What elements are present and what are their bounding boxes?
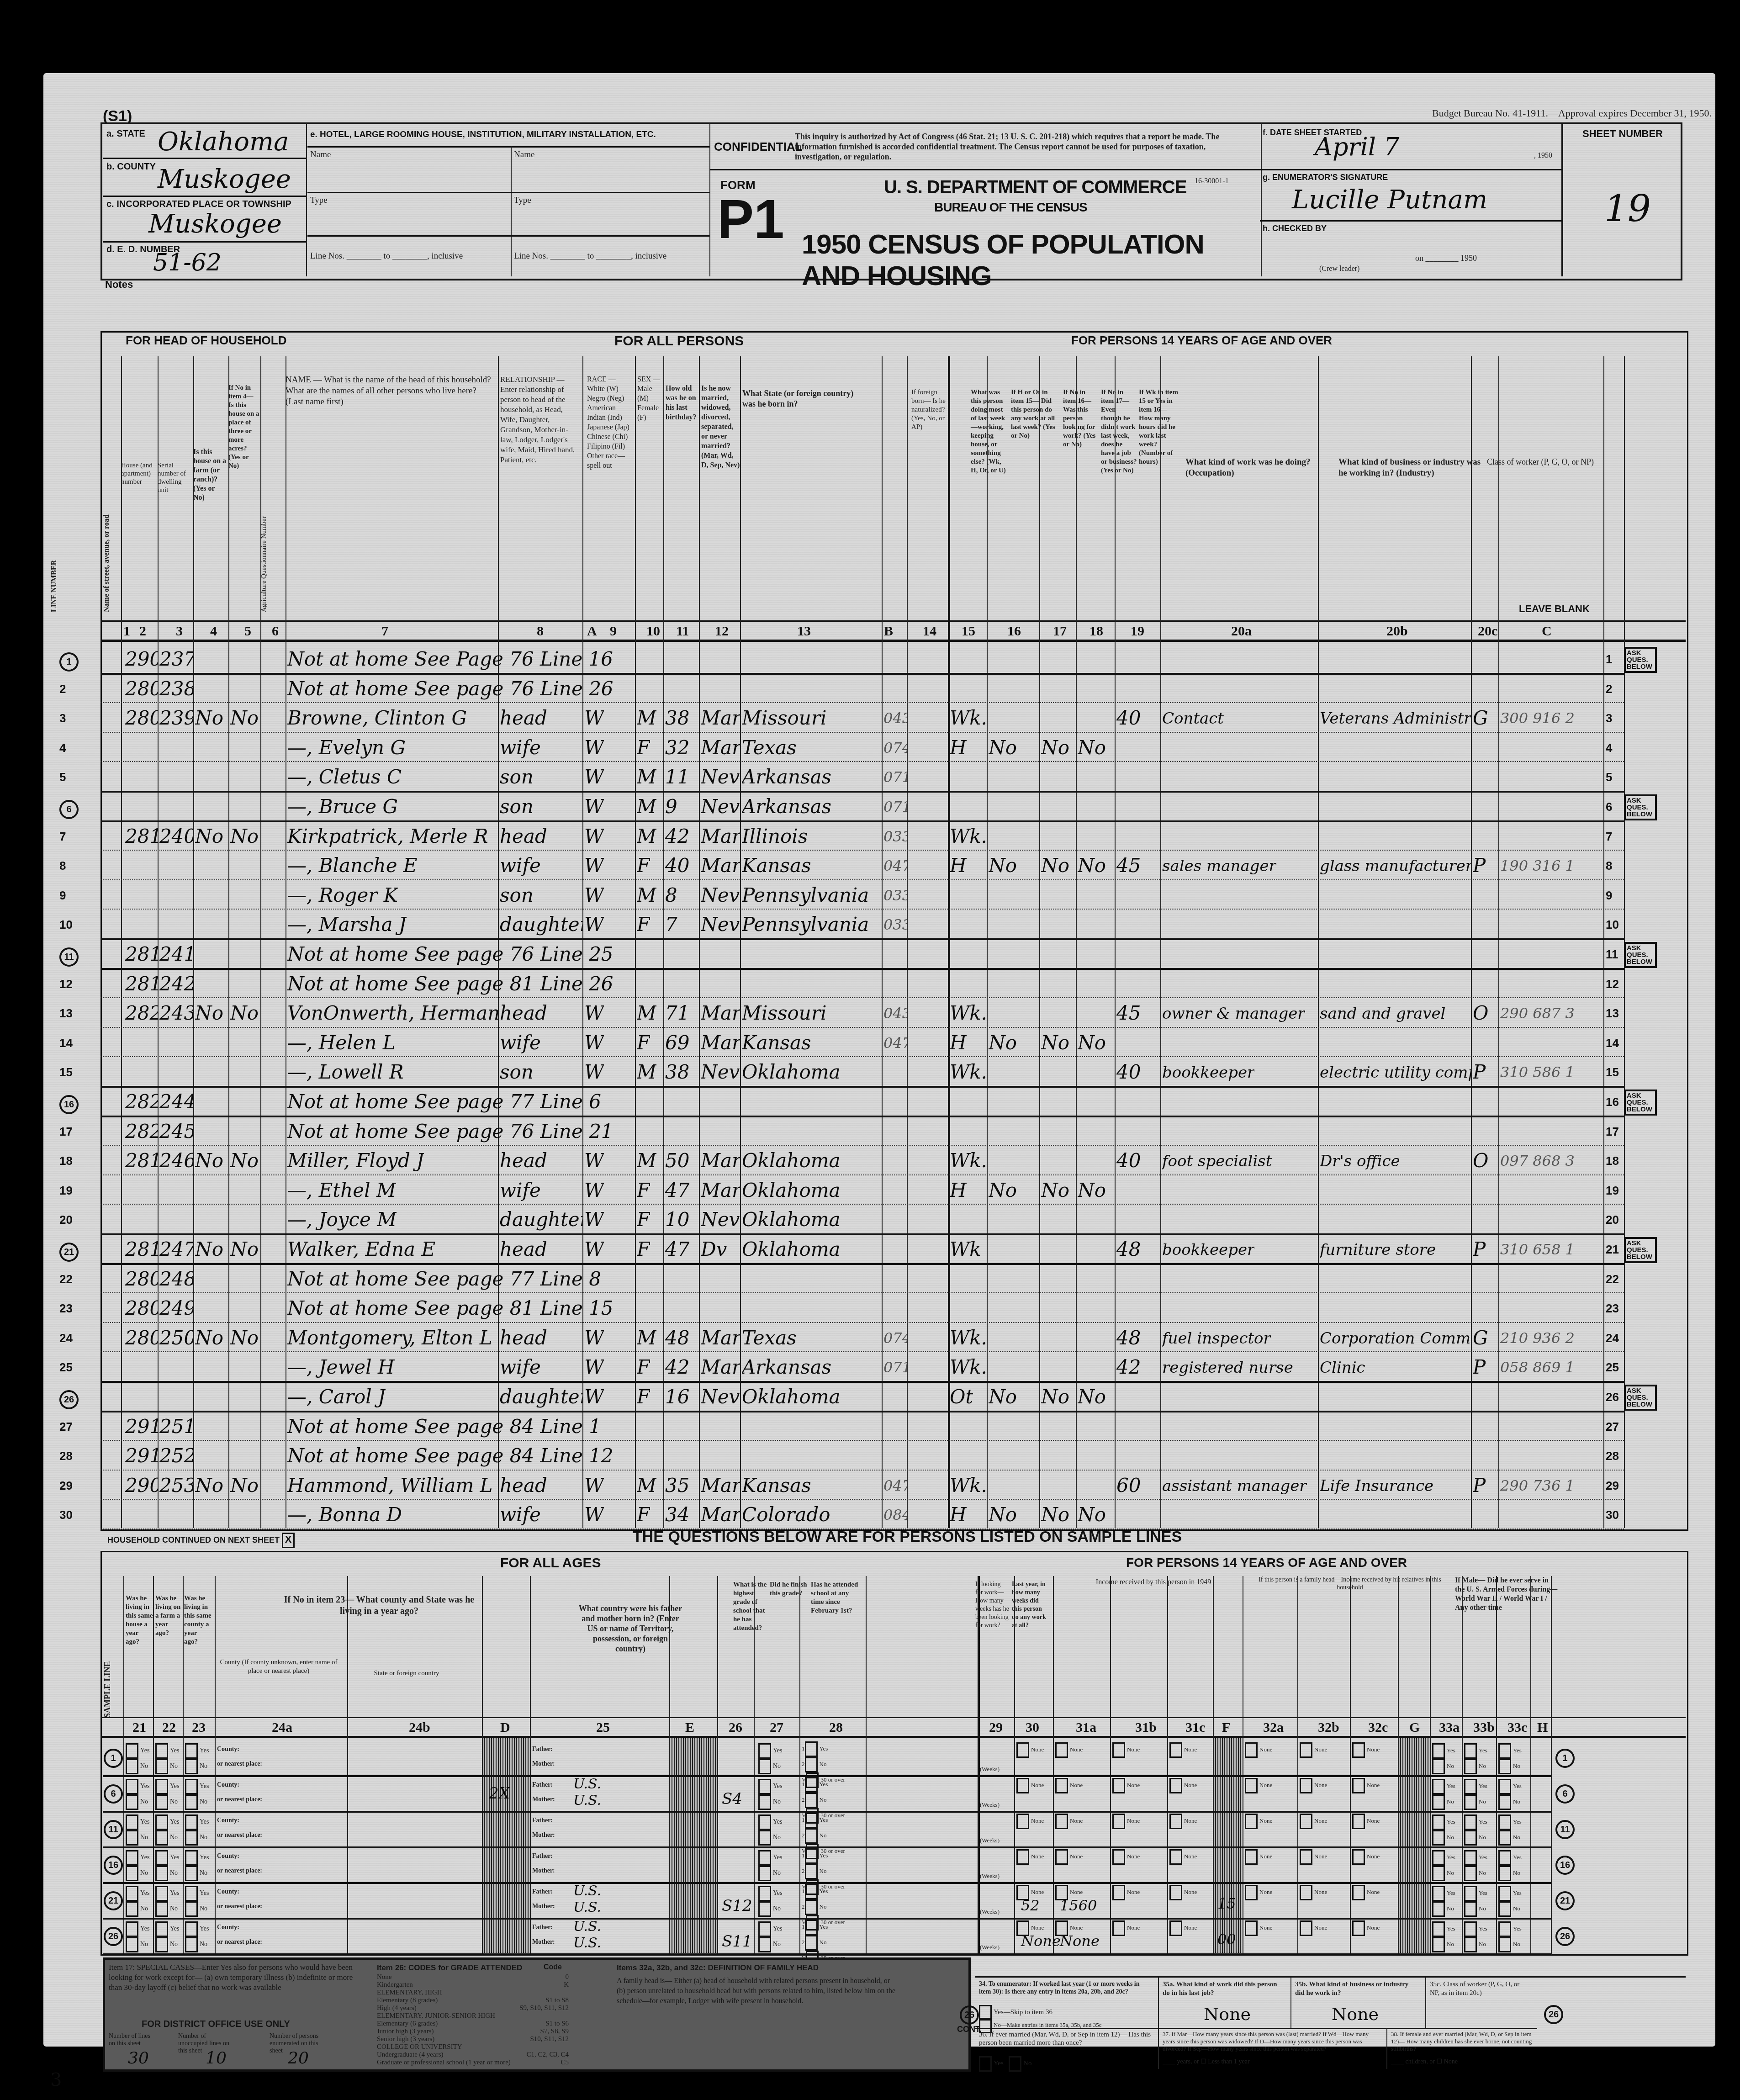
line-number: 5 — [59, 770, 66, 784]
q21-checkboxes[interactable]: YesNo — [126, 1850, 149, 1881]
q37-answer[interactable]: ____ years, or ☐ Less than 1 year — [1163, 2058, 1250, 2066]
q29-weeks[interactable]: (Weeks) — [980, 1908, 1000, 1915]
q32c-none[interactable]: None — [1352, 1742, 1380, 1758]
q24a-field[interactable]: County:or nearest place: — [217, 1742, 262, 1772]
grade-code-label: Graduate or professional school (1 year … — [377, 2059, 511, 2067]
q33b-checkboxes[interactable]: YesNo — [1464, 1921, 1487, 1952]
ask-questions-below-badge: ASK QUES. BELOW — [1624, 647, 1657, 673]
cell-sex: M — [637, 884, 656, 906]
cell-q16: No — [989, 1503, 1017, 1526]
q38-answer[interactable]: ____ children, or ☐ None — [1391, 2058, 1458, 2066]
cell-sex: F — [637, 913, 650, 936]
cell-farm: No — [195, 707, 223, 729]
q25-field[interactable]: Father:Mother: — [532, 1885, 555, 1914]
cell-code: 043 — [883, 709, 907, 727]
line-number-right: 6 — [1606, 800, 1612, 814]
table-row: 12122818242Not at home See page 81 Line … — [43, 969, 1670, 1001]
q21-checkboxes[interactable]: YesNo — [126, 1814, 149, 1846]
col24-header: If No in item 23— What county and State … — [281, 1594, 477, 1617]
cell-mar: Mar — [701, 1002, 740, 1024]
col-race-header: RACE — White (W) Negro (Neg) American In… — [587, 375, 635, 471]
q29-weeks[interactable]: (Weeks) — [980, 1801, 1000, 1809]
q33b-checkboxes[interactable]: YesNo — [1464, 1743, 1487, 1774]
q31a-none[interactable]: None — [1055, 1814, 1083, 1829]
q36-no: No — [1023, 2060, 1031, 2067]
cell-mar: Mar — [701, 1149, 740, 1172]
sample-line-header: SAMPLE LINE — [103, 1581, 123, 1718]
line-number-right: 14 — [1606, 1036, 1619, 1050]
table-row: 28282911252Not at home See page 84 Line … — [43, 1441, 1670, 1473]
cell-sex: F — [637, 1386, 650, 1408]
cell-code: 071 — [883, 1359, 907, 1376]
col-agriculture-header: Agriculture Questionnaire Number — [260, 484, 279, 612]
q32b-none[interactable]: None — [1300, 1849, 1327, 1865]
cell-sex: F — [637, 1179, 650, 1201]
cell-mar: Mar — [701, 825, 740, 847]
line-number-right: 3 — [1606, 711, 1612, 725]
q29-weeks[interactable]: (Weeks) — [980, 1766, 1000, 1773]
line-number: 14 — [59, 1036, 73, 1050]
cell-c: 310 586 1 — [1500, 1063, 1575, 1081]
q27-checkboxes[interactable]: YesNo — [758, 1850, 782, 1881]
q25-father: U.S. — [573, 1883, 601, 1899]
sample-row: 16 YesNo YesNo YesNo County:or nearest p… — [43, 1847, 1686, 1883]
cell-born: Oklahoma — [742, 1386, 841, 1408]
sample-line-marker-right: 26 — [1555, 1927, 1575, 1946]
cell-name: Not at home See page 76 Line 21 — [287, 1120, 613, 1143]
household-continued[interactable]: HOUSEHOLD CONTINUED ON NEXT SHEET X — [107, 1533, 296, 1548]
cell-serial: 237 — [159, 648, 193, 670]
cell-activity: Wk. — [950, 1356, 987, 1378]
q33a-checkboxes[interactable]: YesNo — [1432, 1814, 1455, 1846]
grade-code-value: S1 to S6 — [545, 2020, 569, 2028]
table-row: 1111ASK QUES. BELOW2816241Not at home Se… — [43, 939, 1670, 971]
col30-header: Last year, in how many weeks did this pe… — [1012, 1581, 1048, 1630]
q21-checkboxes[interactable]: YesNo — [126, 1743, 149, 1774]
q21-checkboxes[interactable]: YesNo — [126, 1886, 149, 1917]
cell-occ: fuel inspector — [1162, 1329, 1271, 1348]
q32b-none[interactable]: None — [1300, 1778, 1327, 1793]
line-number-right: 19 — [1606, 1184, 1619, 1198]
col22-header: Was he living on a farm a year ago? — [155, 1594, 183, 1638]
cell-serial: 253 — [159, 1474, 193, 1497]
q26-grade: S4 — [722, 1790, 742, 1808]
bureau-title: BUREAU OF THE CENSUS — [934, 200, 1087, 215]
cell-q16: No — [989, 1179, 1017, 1201]
cell-age: 35 — [665, 1474, 689, 1497]
q32c-none[interactable]: None — [1352, 1814, 1380, 1829]
cell-ind: Life Insurance — [1320, 1477, 1433, 1495]
q32b-none[interactable]: None — [1300, 1742, 1327, 1758]
cont-marker: 26 CONT. — [957, 2005, 982, 2034]
cell-name: Not at home See page 77 Line 8 — [287, 1268, 601, 1290]
q34-no-label: No—Make entries in items 35a, 35b, and 3… — [994, 2021, 1101, 2028]
q25-field[interactable]: Father:Mother: — [532, 1849, 555, 1878]
institution-name-label-2: Name — [514, 150, 534, 160]
q32b-none[interactable]: None — [1300, 1885, 1327, 1900]
line-nos-1: Line Nos. ________ to ________, inclusiv… — [310, 251, 463, 261]
sample-row: 21 YesNo YesNo YesNo County:or nearest p… — [43, 1883, 1686, 1919]
cell-mar: Nev — [701, 1208, 740, 1231]
q26-grade: S12 — [722, 1897, 752, 1915]
cell-q17: No — [1041, 1503, 1069, 1526]
line-number-right: 18 — [1606, 1154, 1619, 1168]
cell-born: Arkansas — [742, 1356, 831, 1378]
sample-column-number: G — [1409, 1720, 1420, 1735]
q33a-checkboxes[interactable]: YesNo — [1432, 1921, 1455, 1952]
q24a-field[interactable]: County:or nearest place: — [217, 1885, 262, 1914]
sample-line-marker: 1 — [59, 652, 79, 672]
q31b-none[interactable]: None — [1112, 1849, 1140, 1865]
q32a-none[interactable]: None — [1245, 1885, 1272, 1900]
q31c-none[interactable]: None — [1169, 1814, 1197, 1829]
q21-checkboxes[interactable]: YesNo — [126, 1921, 149, 1952]
cell-age: 16 — [665, 1386, 689, 1408]
q33c-checkboxes[interactable]: YesNo — [1498, 1850, 1522, 1881]
q25-field[interactable]: Father:Mother: — [532, 1920, 555, 1950]
line-number: 24 — [59, 1331, 73, 1345]
q30-none[interactable]: None — [1016, 1849, 1044, 1865]
cell-q18: No — [1078, 1386, 1106, 1408]
checked-by-label: h. CHECKED BY — [1263, 224, 1327, 233]
q29-weeks[interactable]: (Weeks) — [980, 1873, 1000, 1880]
sample-row: 1 YesNo YesNo YesNo County:or nearest pl… — [43, 1740, 1686, 1776]
line-number-right: 27 — [1606, 1420, 1619, 1434]
q32a-none[interactable]: None — [1245, 1920, 1272, 1936]
grade-code-row: Undergraduate (4 years)C1, C2, C3, C4 — [377, 2051, 569, 2059]
line-number: 29 — [59, 1479, 73, 1493]
cell-farm: No — [195, 1002, 223, 1024]
q32c-none[interactable]: None — [1352, 1849, 1380, 1865]
sample-line-marker: 26 — [104, 1927, 123, 1946]
q31a-none[interactable]: None — [1055, 1849, 1083, 1865]
q32b-none[interactable]: None — [1300, 1920, 1327, 1936]
q32c-none[interactable]: None — [1352, 1885, 1380, 1900]
cell-occ: bookkeeper — [1162, 1241, 1254, 1259]
q31b-none[interactable]: None — [1112, 1885, 1140, 1900]
col26-header: What is the highest grade of school that… — [733, 1581, 767, 1633]
cell-house: 2816 — [125, 943, 158, 965]
q33b-checkboxes[interactable]: YesNo — [1464, 1779, 1487, 1810]
enumerator-label: g. ENUMERATOR'S SIGNATURE — [1263, 173, 1388, 182]
table-row: 222802238Not at home See page 76 Line 26 — [43, 674, 1670, 706]
q29-weeks[interactable]: (Weeks) — [980, 1837, 1000, 1844]
column-number: A — [587, 624, 597, 639]
table-row: 1010—, Marsha JdaughterWF7NevPennsylvani… — [43, 910, 1670, 942]
crew-leader-label: (Crew leader) — [1319, 265, 1359, 273]
section-head-of-household: FOR HEAD OF HOUSEHOLD — [126, 333, 286, 348]
line-number: 7 — [59, 830, 66, 844]
line-number: 19 — [59, 1184, 73, 1198]
line-number-right: 21 — [1606, 1243, 1619, 1257]
col-street-header: Name of street, avenue, or road — [103, 365, 119, 612]
q23-checkboxes[interactable]: YesNo — [185, 1850, 209, 1881]
q22-checkboxes[interactable]: YesNo — [155, 1814, 179, 1846]
cell-q17: No — [1041, 736, 1069, 759]
q27-checkboxes[interactable]: YesNo — [758, 1814, 782, 1846]
q32a-none[interactable]: None — [1245, 1849, 1272, 1865]
col24a-header: County (If county unknown, enter name of… — [217, 1658, 340, 1676]
column-number: 2 — [139, 624, 146, 639]
persons-enumerated-value: 20 — [288, 2049, 309, 2068]
q25-father: U.S. — [573, 1919, 601, 1935]
q31c-none[interactable]: None — [1169, 1849, 1197, 1865]
col-class-header: Class of worker (P, G, O, or NP) — [1487, 457, 1597, 467]
cell-sex: M — [637, 795, 656, 818]
q22-checkboxes[interactable]: YesNo — [155, 1921, 179, 1952]
household-continued-checkbox[interactable]: X — [282, 1533, 295, 1548]
q33a-checkboxes[interactable]: YesNo — [1432, 1779, 1455, 1810]
line-number: 28 — [59, 1449, 73, 1463]
table-row: 772814240NoNoKirkpatrick, Merle RheadWM4… — [43, 821, 1670, 853]
q33c-checkboxes[interactable]: YesNo — [1498, 1779, 1522, 1810]
cell-name: Not at home See page 77 Line 6 — [287, 1090, 601, 1113]
q23-checkboxes[interactable]: YesNo — [185, 1779, 209, 1810]
q23-checkboxes[interactable]: YesNo — [185, 1886, 209, 1917]
q33c-checkboxes[interactable]: YesNo — [1498, 1814, 1522, 1846]
q33b-checkboxes[interactable]: YesNo — [1464, 1850, 1487, 1881]
cell-age: 9 — [665, 795, 677, 818]
cell-c: 210 936 2 — [1500, 1329, 1575, 1347]
q33b-checkboxes[interactable]: YesNo — [1464, 1886, 1487, 1917]
grade-code-label: Kindergarten — [377, 1981, 413, 1989]
q31a-none[interactable]: None — [1055, 1742, 1083, 1758]
cell-name: Browne, Clinton G — [287, 707, 467, 729]
cell-born: Texas — [742, 736, 797, 759]
cell-code: 047 — [883, 1034, 907, 1052]
q32c-none[interactable]: None — [1352, 1920, 1380, 1936]
cell-mar: Mar — [701, 1356, 740, 1378]
q21-checkboxes[interactable]: YesNo — [126, 1779, 149, 1810]
sample-line-marker-right: 16 — [1555, 1856, 1575, 1875]
cell-mar: Mar — [701, 1503, 740, 1526]
q29-weeks[interactable]: (Weeks) — [980, 1944, 1000, 1951]
cell-mar: Nev — [701, 913, 740, 936]
q27-checkboxes[interactable]: YesNo — [758, 1886, 782, 1917]
q33c-checkboxes[interactable]: YesNo — [1498, 1743, 1522, 1774]
col-q16-header: If H or Ot in item 15— Did this person d… — [1011, 388, 1061, 440]
q33a-checkboxes[interactable]: YesNo — [1432, 1743, 1455, 1774]
q23-checkboxes[interactable]: YesNo — [185, 1743, 209, 1774]
cell-code: 033 — [883, 916, 907, 933]
cell-born: Oklahoma — [742, 1238, 841, 1260]
q33a-checkboxes[interactable]: YesNo — [1432, 1850, 1455, 1881]
col-naturalized-header: If foreign born— Is he naturalized? (Yes… — [911, 388, 946, 432]
q32a-none[interactable]: None — [1245, 1742, 1272, 1758]
q24a-field[interactable]: County:or nearest place: — [217, 1849, 262, 1878]
cell-name: —, Blanche E — [287, 854, 418, 877]
q22-checkboxes[interactable]: YesNo — [155, 1850, 179, 1881]
cell-born: Colorado — [742, 1503, 830, 1526]
cell-ind: electric utility company — [1320, 1063, 1471, 1082]
cell-sex: F — [637, 736, 650, 759]
cell-born: Kansas — [742, 1031, 811, 1054]
q32b-none[interactable]: None — [1300, 1814, 1327, 1829]
instructions-legend: Item 17: SPECIAL CASES—Enter Yes also fo… — [103, 1957, 971, 2072]
q30-none[interactable]: None — [1016, 1778, 1044, 1793]
cell-activity: Wk. — [950, 1327, 987, 1349]
column-number: B — [884, 624, 893, 639]
column-number: 1 — [123, 624, 130, 639]
q27-checkboxes[interactable]: YesNo — [758, 1743, 782, 1774]
cell-activity: H — [950, 1503, 967, 1526]
line-26-marker: 26 — [1544, 2005, 1563, 2024]
cell-activity: Wk. — [950, 1002, 987, 1024]
q31c-none[interactable]: None — [1169, 1885, 1197, 1900]
q31c-none[interactable]: None — [1169, 1778, 1197, 1793]
cell-name: Montgomery, Elton L — [287, 1327, 492, 1349]
ed-value: 51-62 — [153, 249, 222, 276]
column-number: 10 — [646, 624, 660, 639]
cell-race: W — [584, 707, 604, 729]
cell-hours: 40 — [1116, 1061, 1141, 1083]
col-leave-blank-header: LEAVE BLANK — [1519, 603, 1590, 615]
sample-column-number: 30 — [1026, 1720, 1039, 1735]
cell-mar: Mar — [701, 1474, 740, 1497]
line-number-right: 20 — [1606, 1213, 1619, 1227]
q25-field[interactable]: Father:Mother: — [532, 1742, 555, 1772]
line-number: 6 — [59, 800, 79, 819]
sheet-number-label: SHEET NUMBER — [1577, 128, 1668, 140]
cell-race: W — [584, 1474, 604, 1497]
q25-field[interactable]: Father:Mother: — [532, 1814, 555, 1843]
cell-house: 2804 — [125, 707, 158, 729]
q22-checkboxes[interactable]: YesNo — [155, 1886, 179, 1917]
cell-house: 2805 — [125, 1297, 158, 1319]
table-row: 2626ASK QUES. BELOW—, Carol JdaughterWF1… — [43, 1382, 1670, 1414]
q27-checkboxes[interactable]: YesNo — [758, 1921, 782, 1952]
cell-serial: 251 — [159, 1415, 193, 1438]
cell-cls: G — [1473, 1327, 1488, 1349]
table-row: 99—, Roger KsonWM8NevPennsylvania033 — [43, 880, 1670, 912]
cell-q16: No — [989, 854, 1017, 877]
cell-house: 2801 — [125, 1327, 158, 1349]
cell-house: 2814 — [125, 825, 158, 847]
cell-acres: No — [230, 1149, 259, 1172]
q33b-checkboxes[interactable]: YesNo — [1464, 1814, 1487, 1846]
cell-occ: assistant manager — [1162, 1477, 1307, 1495]
q32a-none[interactable]: None — [1245, 1814, 1272, 1829]
q31b-none[interactable]: None — [1112, 1778, 1140, 1793]
cell-activity: H — [950, 736, 967, 759]
cell-cls: P — [1473, 854, 1486, 877]
cell-house: 2802 — [125, 677, 158, 700]
q31a-none[interactable]: None — [1055, 1778, 1083, 1793]
cell-born: Missouri — [742, 1002, 826, 1024]
cell-ind: sand and gravel — [1320, 1005, 1445, 1023]
cell-name: Hammond, William L — [287, 1474, 493, 1497]
census-title: 1950 CENSUS OF POPULATION AND HOUSING — [802, 228, 1261, 291]
sample-column-number: 31b — [1135, 1720, 1157, 1735]
institution-name-label-1: Name — [310, 150, 331, 160]
line-number: 8 — [59, 859, 66, 873]
grade-codes-code-label: Code — [544, 1963, 562, 1972]
q25-field[interactable]: Father:Mother: — [532, 1778, 555, 1807]
q24a-field[interactable]: County:or nearest place: — [217, 1778, 262, 1807]
q33a-checkboxes[interactable]: YesNo — [1432, 1886, 1455, 1917]
cell-house: 2822 — [125, 1090, 158, 1113]
cell-farm: No — [195, 1238, 223, 1260]
q31b-none[interactable]: None — [1112, 1814, 1140, 1829]
cell-serial: 246 — [159, 1149, 193, 1172]
cell-age: 38 — [665, 707, 689, 729]
ask-questions-below-badge: ASK QUES. BELOW — [1624, 1385, 1657, 1411]
q31b-none[interactable]: None — [1112, 1742, 1140, 1758]
sample-section-title: THE QUESTIONS BELOW ARE FOR PERSONS LIST… — [633, 1528, 1182, 1546]
q22-checkboxes[interactable]: YesNo — [155, 1779, 179, 1810]
cell-hours: 40 — [1116, 707, 1141, 729]
q23-checkboxes[interactable]: YesNo — [185, 1921, 209, 1952]
grade-code-value: K — [564, 1981, 569, 1989]
cell-race: W — [584, 825, 604, 847]
q33c-checkboxes[interactable]: YesNo — [1498, 1921, 1522, 1952]
place-label: c. INCORPORATED PLACE OR TOWNSHIP — [106, 199, 291, 210]
cell-age: 69 — [665, 1031, 689, 1054]
col-house-number-header: House (and apartment) number — [121, 461, 155, 486]
cell-rel: wife — [500, 1503, 541, 1526]
cell-rel: son — [500, 795, 534, 818]
cell-name: Not at home See page 84 Line 12 — [287, 1444, 613, 1467]
cell-mar: Mar — [701, 707, 740, 729]
cell-race: W — [584, 854, 604, 877]
q30-none[interactable]: None — [1016, 1742, 1044, 1758]
col-age-header: How old was he on his last birthday? — [666, 384, 698, 422]
q23-checkboxes[interactable]: YesNo — [185, 1814, 209, 1846]
line-number-right: 24 — [1606, 1331, 1619, 1345]
cell-rel: wife — [500, 1031, 541, 1054]
cell-occ: registered nurse — [1162, 1359, 1293, 1377]
line-number-right: 2 — [1606, 682, 1612, 696]
grade-code-label: ELEMENTARY, HIGH — [377, 1989, 442, 1997]
q31c-none[interactable]: None — [1169, 1742, 1197, 1758]
q24a-field[interactable]: County:or nearest place: — [217, 1920, 262, 1950]
q33c-checkboxes[interactable]: YesNo — [1498, 1886, 1522, 1917]
cell-born: Oklahoma — [742, 1179, 841, 1201]
grade-code-label: Undergraduate (4 years) — [377, 2051, 444, 2059]
q27-checkboxes[interactable]: YesNo — [758, 1779, 782, 1810]
cell-q18: No — [1078, 854, 1106, 877]
q30-none[interactable]: None — [1016, 1814, 1044, 1829]
q22-checkboxes[interactable]: YesNo — [155, 1743, 179, 1774]
q24a-field[interactable]: County:or nearest place: — [217, 1814, 262, 1843]
col-acres-header: If No in item 4— Is this house on a plac… — [228, 384, 259, 471]
column-number: C — [1542, 624, 1552, 639]
q32c-none[interactable]: None — [1352, 1778, 1380, 1793]
column-number: 4 — [210, 624, 217, 639]
table-row: 18182819246NoNoMiller, Floyd JheadWM50Ma… — [43, 1146, 1670, 1178]
q36-options[interactable]: Yes No — [979, 2056, 1031, 2072]
column-number: 8 — [537, 624, 544, 639]
q31b-none[interactable]: None — [1112, 1920, 1140, 1936]
sample-column-number: 25 — [596, 1720, 610, 1735]
cell-ind: Dr's office — [1320, 1152, 1400, 1170]
cell-q16: No — [989, 736, 1017, 759]
line-number-right: 5 — [1606, 770, 1612, 784]
sample-14-heading: FOR PERSONS 14 YEARS OF AGE AND OVER — [1126, 1555, 1407, 1570]
q32a-none[interactable]: None — [1245, 1778, 1272, 1793]
sheet-number: 19 — [1604, 187, 1651, 230]
column-number: 20c — [1478, 624, 1497, 639]
cell-mar: Nev — [701, 1386, 740, 1408]
q31c-none[interactable]: None — [1169, 1920, 1197, 1936]
line-number: 13 — [59, 1006, 73, 1021]
cell-sex: M — [637, 707, 656, 729]
enumerator-block: f. DATE SHEET STARTED April 7 , 1950 g. … — [1260, 123, 1561, 276]
cell-q18: No — [1078, 1179, 1106, 1201]
cell-age: 40 — [665, 854, 689, 877]
q31a-value: 1560 — [1060, 1897, 1097, 1914]
cell-name: VonOnwerth, Herman A — [287, 1002, 498, 1024]
